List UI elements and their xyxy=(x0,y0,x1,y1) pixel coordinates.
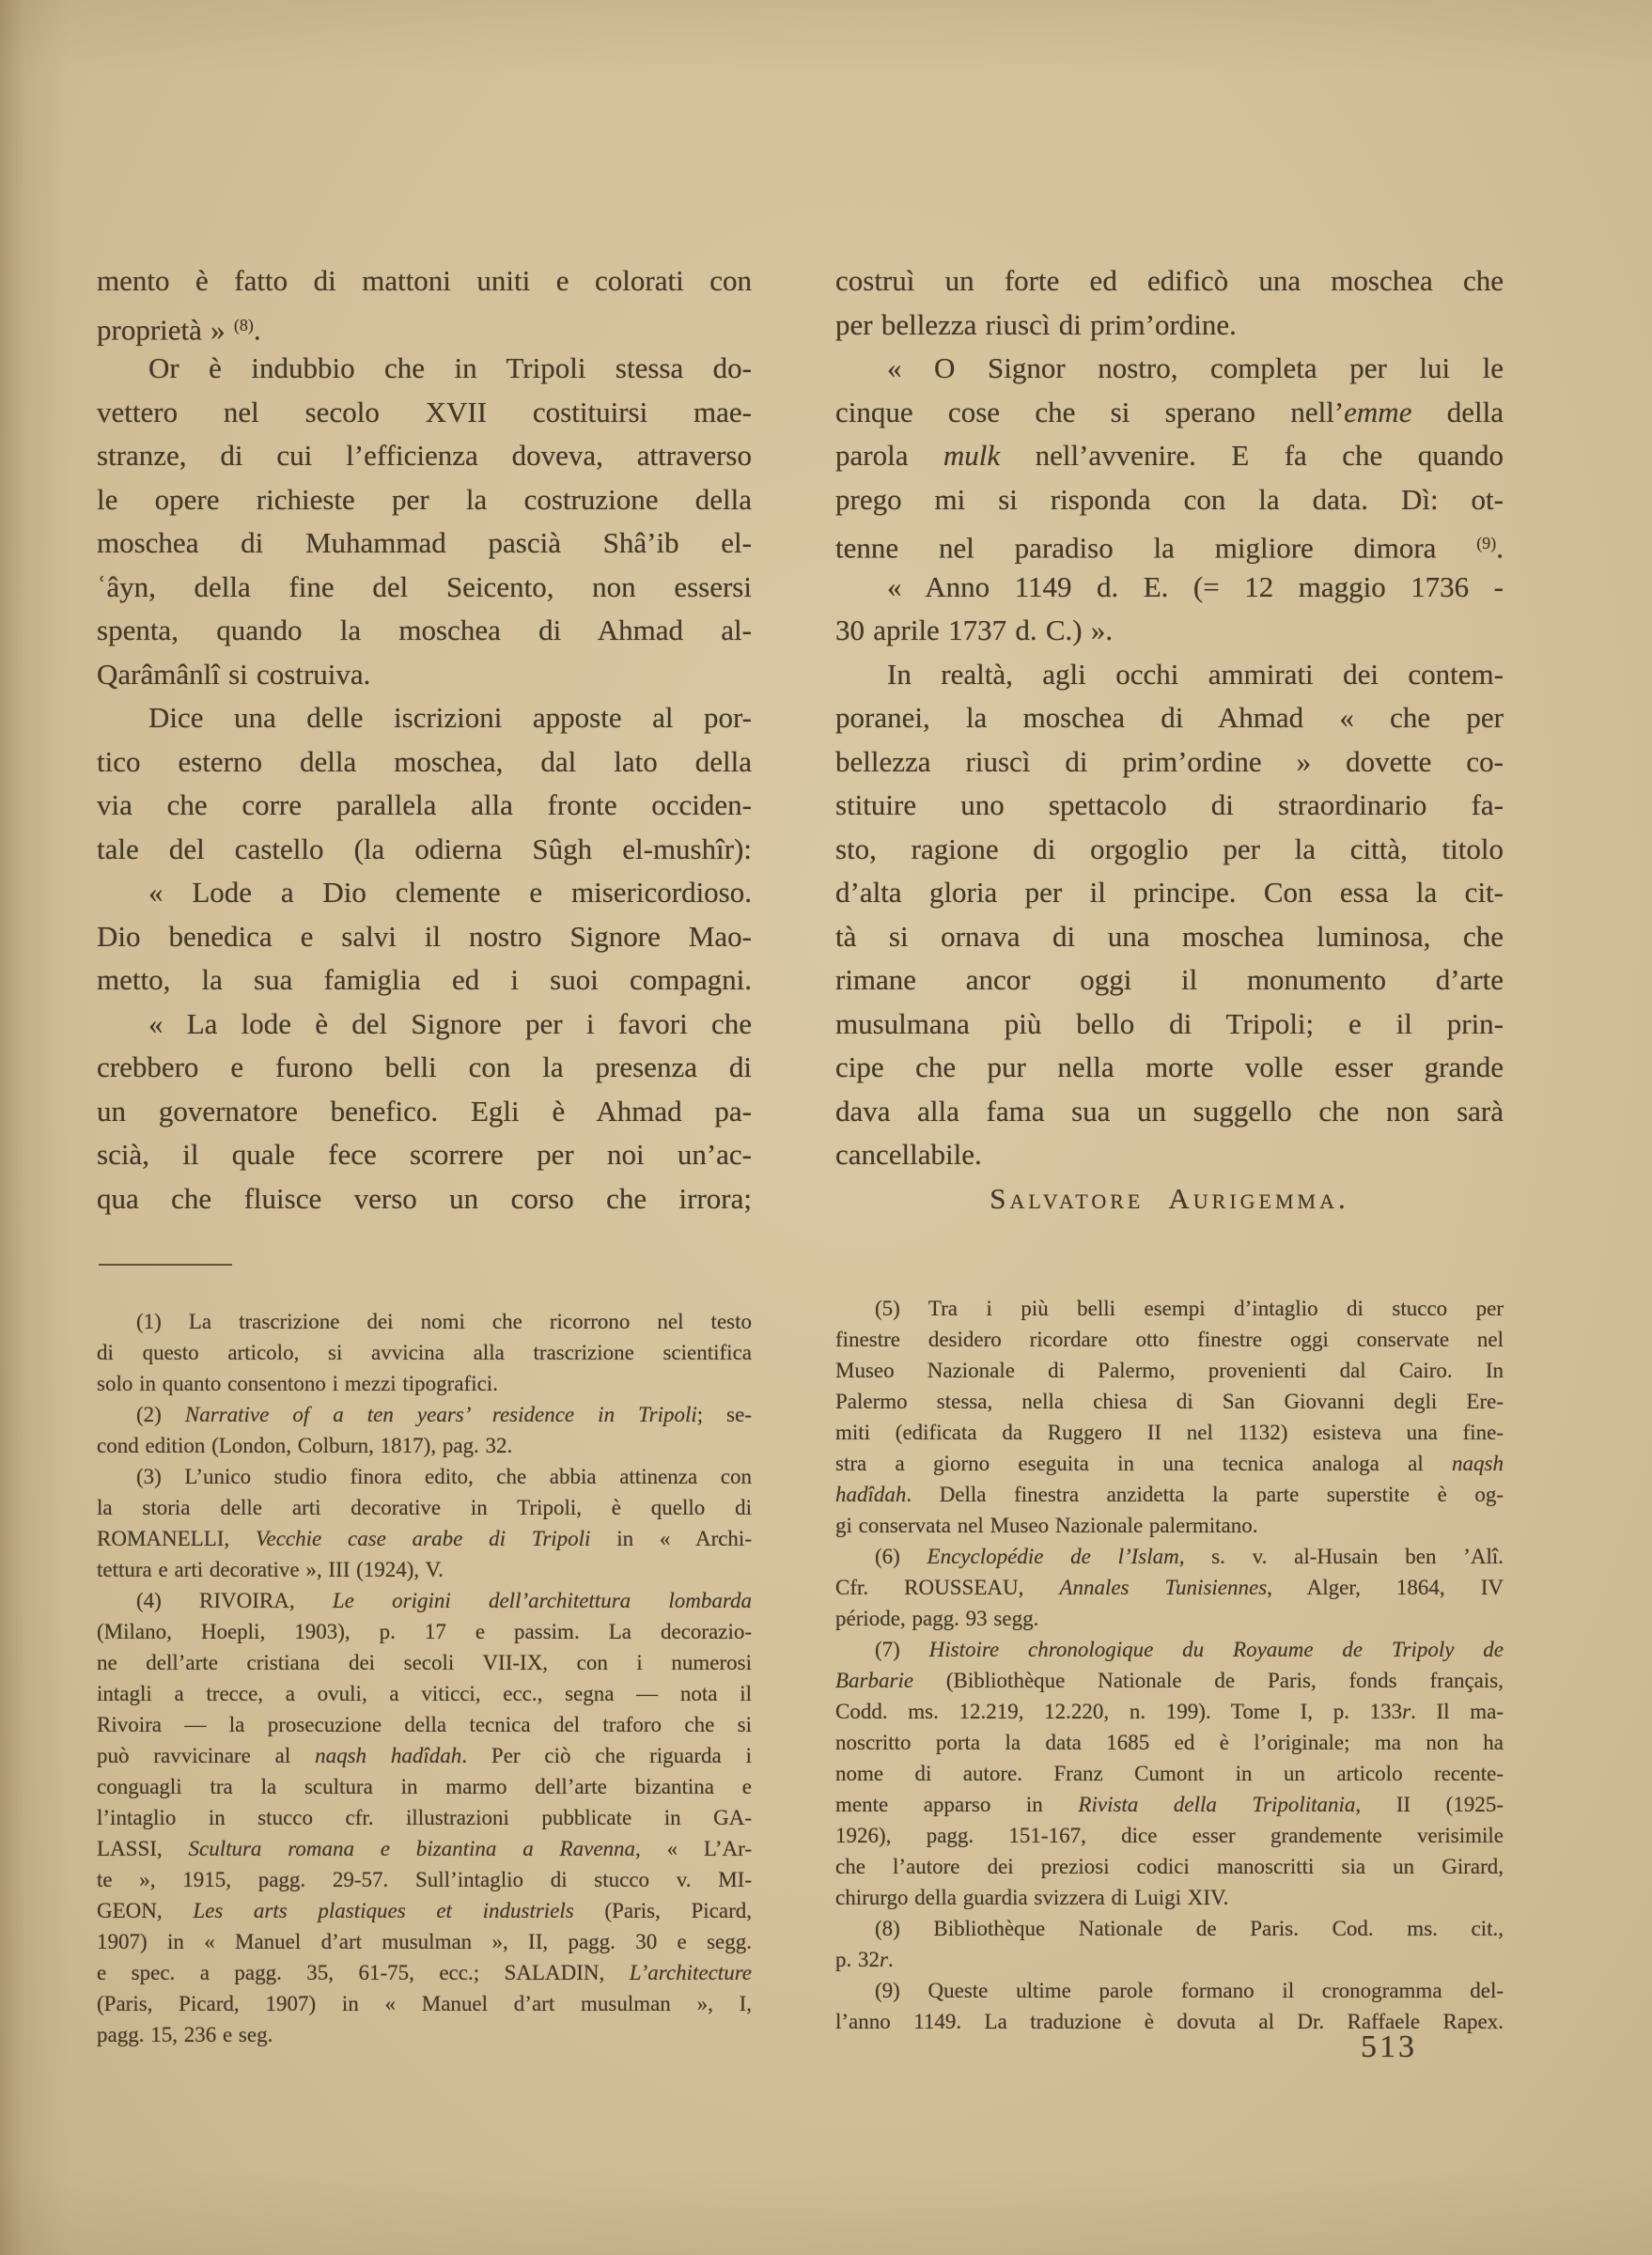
text-line: gi conservata nel Museo Nazionale palerm… xyxy=(835,1510,1504,1541)
text-segment: Salvatore Aurigemma. xyxy=(990,1182,1349,1215)
text-line: Rivoira — la prosecuzione della tecnica … xyxy=(97,1709,752,1740)
text-line: noscritto porta la data 1685 ed è l’orig… xyxy=(835,1727,1504,1758)
text-segment: (Paris, Picard, 1907) in « Manuel d’art … xyxy=(97,1992,752,2015)
text-line: « Lode a Dio clemente e misericordioso. xyxy=(97,871,752,915)
text-line: conguagli tra la scultura in marmo dell’… xyxy=(97,1771,752,1802)
text-line: (2) Narrative of a ten years’ residence … xyxy=(97,1399,752,1430)
text-segment: stituire uno spettacolo di straordinario… xyxy=(835,788,1504,821)
text-line: (7) Histoire chronologique du Royaume de… xyxy=(835,1634,1504,1665)
text-line: le opere richieste per la costruzione de… xyxy=(97,478,752,522)
text-segment: stra a giorno eseguita in una tecnica an… xyxy=(835,1452,1452,1475)
text-segment: (9) Queste ultime parole formano il cron… xyxy=(875,1979,1504,2002)
text-segment: in « Archi- xyxy=(590,1527,752,1550)
text-segment: Palermo stessa, nella chiesa di San Giov… xyxy=(835,1390,1504,1413)
text-segment: Narrative of a ten years’ residence in T… xyxy=(185,1403,697,1426)
text-segment: Encyclopédie de l’Islam xyxy=(927,1545,1179,1568)
text-segment: Vecchie case arabe di Tripoli xyxy=(256,1527,590,1550)
text-line: « La lode è del Signore per i favori che xyxy=(97,1003,752,1047)
text-segment: nell’avvenire. E fa che quando xyxy=(1000,439,1504,472)
text-segment: (5) Tra i più belli esempi d’intaglio di… xyxy=(875,1297,1504,1320)
text-segment: dava alla fama sua un suggello che non s… xyxy=(835,1095,1504,1127)
text-segment: (8) Bibliothèque Nationale de Paris. Cod… xyxy=(875,1917,1504,1940)
text-segment: costruì un forte ed edificò una moschea … xyxy=(835,264,1504,297)
text-segment: conguagli tra la scultura in marmo dell’… xyxy=(97,1775,752,1798)
text-line: période, pagg. 93 segg. xyxy=(835,1603,1504,1634)
text-segment: nome di autore. Franz Cumont in un artic… xyxy=(835,1762,1504,1785)
text-line: di questo articolo, si avvicina alla tra… xyxy=(97,1337,752,1368)
text-segment: parola xyxy=(835,439,943,472)
text-segment: proprietà » xyxy=(97,313,234,346)
text-segment: noscritto porta la data 1685 ed è l’orig… xyxy=(835,1731,1504,1754)
text-segment: chirurgo della guardia svizzera di Luigi… xyxy=(835,1886,1228,1909)
text-segment: rimane ancor oggi il monumento d’arte xyxy=(835,963,1504,996)
text-line: tenne nel paradiso la migliore dimora (9… xyxy=(835,521,1504,566)
text-line: miti (edificata da Ruggero II nel 1132) … xyxy=(835,1417,1504,1448)
text-line: LASSI, Scultura romana e bizantina a Rav… xyxy=(97,1833,752,1864)
text-line: (8) Bibliothèque Nationale de Paris. Cod… xyxy=(835,1913,1504,1944)
text-segment: scià, il quale fece scorrere per noi un’… xyxy=(97,1138,752,1171)
text-segment: e spec. a pagg. 35, 61-75, ecc.; SALADIN… xyxy=(97,1961,630,1984)
text-segment: mente apparso in xyxy=(835,1793,1078,1816)
text-line: (4) RIVOIRA, Le origini dell’architettur… xyxy=(97,1585,752,1616)
text-line: cancellabile. xyxy=(835,1133,1504,1177)
text-segment: LASSI, xyxy=(97,1837,188,1860)
text-line: Codd. ms. 12.219, 12.220, n. 199). Tome … xyxy=(835,1696,1504,1727)
text-segment: moschea di Muhammad pascià Shâ’ib el- xyxy=(97,526,752,559)
text-segment: naqsh hadîdah xyxy=(315,1744,461,1767)
text-segment: può ravvicinare al xyxy=(97,1744,315,1767)
text-segment: le opere richieste per la costruzione de… xyxy=(97,483,752,516)
text-segment: tettura e arti decorative », III (1924),… xyxy=(97,1558,444,1581)
text-segment: , « L’Ar- xyxy=(635,1837,752,1860)
text-line: tà si ornava di una moschea luminosa, ch… xyxy=(835,915,1504,959)
text-segment: sto, ragione di orgoglio per la città, t… xyxy=(835,832,1504,865)
text-line: Qarâmânlî si costruiva. xyxy=(97,653,752,697)
text-segment: (2) xyxy=(136,1403,185,1426)
text-segment: r xyxy=(1402,1700,1410,1723)
text-line: (Paris, Picard, 1907) in « Manuel d’art … xyxy=(97,1988,752,2019)
main-text-left-column: mento è fatto di mattoni uniti e colorat… xyxy=(97,259,752,1221)
text-segment: . xyxy=(1496,531,1504,564)
text-segment: Cfr. ROUSSEAU, xyxy=(835,1576,1059,1599)
text-line: Barbarie (Bibliothèque Nationale de Pari… xyxy=(835,1665,1504,1696)
text-segment: GEON, xyxy=(97,1899,193,1922)
text-line: Or è indubbio che in Tripoli stessa do- xyxy=(97,347,752,391)
text-segment: poranei, la moschea di Ahmad « che per xyxy=(835,701,1504,734)
text-line: tico esterno della moschea, dal lato del… xyxy=(97,740,752,785)
text-segment: un governatore benefico. Egli è Ahmad pa… xyxy=(97,1095,752,1127)
text-segment: tenne nel paradiso la migliore dimora xyxy=(835,531,1476,564)
text-segment: stranze, di cui l’efficienza doveva, att… xyxy=(97,439,752,472)
text-segment: emme xyxy=(1344,396,1411,428)
text-line: bellezza riuscì di prim’ordine » dovette… xyxy=(835,740,1504,785)
text-segment: qua che fluisce verso un corso che irror… xyxy=(97,1182,752,1215)
text-line: (6) Encyclopédie de l’Islam, s. v. al-Hu… xyxy=(835,1541,1504,1572)
text-line: te », 1915, pagg. 29-57. Sull’intaglio d… xyxy=(97,1864,752,1895)
text-line: mento è fatto di mattoni uniti e colorat… xyxy=(97,259,752,303)
text-segment: della xyxy=(1411,396,1504,428)
text-line: finestre desidero ricordare otto finestr… xyxy=(835,1324,1504,1355)
text-segment: (6) xyxy=(875,1545,927,1568)
text-line: (5) Tra i più belli esempi d’intaglio di… xyxy=(835,1293,1504,1324)
text-segment: te », 1915, pagg. 29-57. Sull’intaglio d… xyxy=(97,1868,752,1891)
text-line: GEON, Les arts plastiques et industriels… xyxy=(97,1895,752,1926)
text-line: per bellezza riuscì di prim’ordine. xyxy=(835,303,1504,348)
text-segment: cancellabile. xyxy=(835,1138,982,1171)
text-segment: tà si ornava di una moschea luminosa, ch… xyxy=(835,920,1504,953)
text-segment: Museo Nazionale di Palermo, provenienti … xyxy=(835,1359,1504,1382)
text-line: musulmana più bello di Tripoli; e il pri… xyxy=(835,1003,1504,1047)
text-segment: . Per ciò che riguarda i xyxy=(461,1744,752,1767)
text-line: 1907) in « Manuel d’art musulman », II, … xyxy=(97,1926,752,1957)
text-segment: finestre desidero ricordare otto finestr… xyxy=(835,1328,1504,1351)
text-line: Cfr. ROUSSEAU, Annales Tunisiennes, Alge… xyxy=(835,1572,1504,1603)
text-segment: Le origini dell’architettura lombarda xyxy=(333,1589,752,1612)
text-segment: . Il ma- xyxy=(1410,1700,1504,1723)
text-line: cipe che pur nella morte volle esser gra… xyxy=(835,1046,1504,1090)
text-line: 1926), pagg. 151-167, dice esser grandem… xyxy=(835,1820,1504,1851)
text-line: crebbero e furono belli con la presenza … xyxy=(97,1046,752,1090)
text-segment: spenta, quando la moschea di Ahmad al- xyxy=(97,614,752,646)
text-segment: Histoire chronologique du Royaume de Tri… xyxy=(929,1638,1504,1661)
text-segment: crebbero e furono belli con la presenza … xyxy=(97,1050,752,1083)
text-line: moschea di Muhammad pascià Shâ’ib el- xyxy=(97,521,752,566)
text-line: hadîdah. Della finestra anzidetta la par… xyxy=(835,1479,1504,1510)
text-segment: . xyxy=(888,1948,894,1971)
text-line: cinque cose che si sperano nell’emme del… xyxy=(835,391,1504,435)
text-line: costruì un forte ed edificò una moschea … xyxy=(835,259,1504,303)
text-line: poranei, la moschea di Ahmad « che per xyxy=(835,696,1504,740)
text-line: può ravvicinare al naqsh hadîdah. Per ci… xyxy=(97,1740,752,1771)
text-segment: . xyxy=(254,313,261,346)
text-line: spenta, quando la moschea di Ahmad al- xyxy=(97,609,752,653)
text-line: Salvatore Aurigemma. xyxy=(835,1177,1504,1221)
text-line: cond edition (London, Colburn, 1817), pa… xyxy=(97,1430,752,1461)
text-segment: ; se- xyxy=(697,1403,752,1426)
text-segment: Barbarie xyxy=(835,1669,913,1692)
text-line: stituire uno spettacolo di straordinario… xyxy=(835,784,1504,828)
text-segment: « La lode è del Signore per i favori che xyxy=(148,1007,752,1040)
text-segment: cipe che pur nella morte volle esser gra… xyxy=(835,1050,1504,1083)
text-line: « O Signor nostro, completa per lui le xyxy=(835,347,1504,391)
text-segment: période, pagg. 93 segg. xyxy=(835,1607,1038,1630)
text-segment: L’architecture xyxy=(630,1961,752,1984)
text-line: e spec. a pagg. 35, 61-75, ecc.; SALADIN… xyxy=(97,1957,752,1988)
text-line: (3) L’unico studio finora edito, che abb… xyxy=(97,1461,752,1492)
text-segment: p. 32 xyxy=(835,1948,880,1971)
text-segment: vettero nel secolo XVII costituirsi mae- xyxy=(97,396,752,428)
footnote-divider-rule xyxy=(99,1264,232,1266)
text-line: un governatore benefico. Egli è Ahmad pa… xyxy=(97,1090,752,1134)
text-line: mente apparso in Rivista della Tripolita… xyxy=(835,1789,1504,1820)
text-segment: ne dell’arte cristiana dei secoli VII-IX… xyxy=(97,1651,752,1674)
text-segment: mulk xyxy=(943,439,1000,472)
text-segment: cinque cose che si sperano nell’ xyxy=(835,396,1344,428)
text-line: « Anno 1149 d. E. (= 12 maggio 1736 - xyxy=(835,566,1504,610)
text-segment: prego mi si risponda con la data. Dì: ot… xyxy=(835,483,1504,516)
text-segment: (1) La trascrizione dei nomi che ricorro… xyxy=(136,1310,752,1333)
text-segment: (3) L’unico studio finora edito, che abb… xyxy=(136,1465,752,1488)
footnote-reference: (8) xyxy=(234,316,254,334)
text-segment: ʿâyn, della fine del Seicento, non esser… xyxy=(97,570,752,603)
text-segment: 30 aprile 1737 d. C.) ». xyxy=(835,614,1113,646)
scanned-book-page: { "page": { "number": "513" }, "colors":… xyxy=(0,0,1652,2255)
text-segment: (4) RIVOIRA, xyxy=(136,1589,333,1612)
text-line: d’alta gloria per il principe. Con essa … xyxy=(835,871,1504,915)
text-line: nome di autore. Franz Cumont in un artic… xyxy=(835,1758,1504,1789)
text-segment: pagg. 15, 236 e seg. xyxy=(97,2023,273,2046)
text-line: prego mi si risponda con la data. Dì: ot… xyxy=(835,478,1504,522)
text-line: vettero nel secolo XVII costituirsi mae- xyxy=(97,391,752,435)
text-segment: solo in quanto consentono i mezzi tipogr… xyxy=(97,1372,498,1395)
text-segment: « O Signor nostro, completa per lui le xyxy=(887,351,1504,384)
text-segment: Codd. ms. 12.219, 12.220, n. 199). Tome … xyxy=(835,1700,1402,1723)
text-segment: Or è indubbio che in Tripoli stessa do- xyxy=(148,351,752,384)
text-line: dava alla fama sua un suggello che non s… xyxy=(835,1090,1504,1134)
text-line: Dice una delle iscrizioni apposte al por… xyxy=(97,696,752,740)
text-line: (9) Queste ultime parole formano il cron… xyxy=(835,1975,1504,2006)
text-line: Palermo stessa, nella chiesa di San Giov… xyxy=(835,1386,1504,1417)
text-segment: intagli a trecce, a ovuli, a viticci, ec… xyxy=(97,1682,752,1705)
text-line: ROMANELLI, Vecchie case arabe di Tripoli… xyxy=(97,1523,752,1554)
text-line: 30 aprile 1737 d. C.) ». xyxy=(835,609,1504,653)
text-segment: « Lode a Dio clemente e misericordioso. xyxy=(148,876,752,909)
text-line: rimane ancor oggi il monumento d’arte xyxy=(835,958,1504,1003)
text-segment: « Anno 1149 d. E. (= 12 maggio 1736 - xyxy=(887,570,1504,603)
text-segment: Dio benedica e salvi il nostro Signore M… xyxy=(97,920,752,953)
text-line: Dio benedica e salvi il nostro Signore M… xyxy=(97,915,752,959)
text-line: metto, la sua famiglia ed i suoi compagn… xyxy=(97,958,752,1003)
text-segment: 1907) in « Manuel d’art musulman », II, … xyxy=(97,1930,752,1953)
text-line: proprietà » (8). xyxy=(97,303,752,348)
text-segment: (Milano, Hoepli, 1903), p. 17 e passim. … xyxy=(97,1620,752,1643)
text-segment: metto, la sua famiglia ed i suoi compagn… xyxy=(97,963,752,996)
text-segment: . Della finestra anzidetta la parte supe… xyxy=(906,1483,1504,1506)
text-segment: Rivista della Tripolitania xyxy=(1078,1793,1355,1816)
text-segment: bellezza riuscì di prim’ordine » dovette… xyxy=(835,745,1504,778)
footnotes-right-column: (5) Tra i più belli esempi d’intaglio di… xyxy=(835,1293,1504,2037)
text-line: In realtà, agli occhi ammirati dei conte… xyxy=(835,653,1504,697)
text-segment: r xyxy=(880,1948,888,1971)
text-segment: 1926), pagg. 151-167, dice esser grandem… xyxy=(835,1824,1504,1847)
text-segment: per bellezza riuscì di prim’ordine. xyxy=(835,308,1237,341)
text-line: ʿâyn, della fine del Seicento, non esser… xyxy=(97,566,752,610)
text-segment: musulmana più bello di Tripoli; e il pri… xyxy=(835,1007,1504,1040)
text-segment: di questo articolo, si avvicina alla tra… xyxy=(97,1341,752,1364)
text-segment: Les arts plastiques et industriels xyxy=(193,1899,573,1922)
text-segment: Qarâmânlî si costruiva. xyxy=(97,658,370,691)
text-line: chirurgo della guardia svizzera di Luigi… xyxy=(835,1882,1504,1913)
text-line: (Milano, Hoepli, 1903), p. 17 e passim. … xyxy=(97,1616,752,1647)
text-segment: (Bibliothèque Nationale de Paris, fonds … xyxy=(913,1669,1504,1692)
text-segment: , s. v. al-Husain ben ’Alî. xyxy=(1179,1545,1504,1568)
page-number: 513 xyxy=(1361,2029,1417,2065)
text-segment: che l’autore dei preziosi codici manoscr… xyxy=(835,1855,1504,1878)
text-line: che l’autore dei preziosi codici manoscr… xyxy=(835,1851,1504,1882)
text-segment: In realtà, agli occhi ammirati dei conte… xyxy=(887,658,1504,691)
text-segment: Rivoira — la prosecuzione della tecnica … xyxy=(97,1713,752,1736)
text-segment: via che corre parallela alla fronte occi… xyxy=(97,788,752,821)
text-line: scià, il quale fece scorrere per noi un’… xyxy=(97,1133,752,1177)
text-segment: (Paris, Picard, xyxy=(574,1899,752,1922)
text-line: tale del castello (la odierna Sûgh el-mu… xyxy=(97,828,752,872)
text-line: la storia delle arti decorative in Tripo… xyxy=(97,1492,752,1523)
text-segment: Dice una delle iscrizioni apposte al por… xyxy=(148,701,752,734)
text-segment: naqsh xyxy=(1452,1452,1504,1475)
text-line: sto, ragione di orgoglio per la città, t… xyxy=(835,828,1504,872)
text-line: intagli a trecce, a ovuli, a viticci, ec… xyxy=(97,1678,752,1709)
text-line: p. 32r. xyxy=(835,1944,1504,1975)
text-segment: hadîdah xyxy=(835,1483,906,1506)
text-line: stranze, di cui l’efficienza doveva, att… xyxy=(97,434,752,478)
text-line: pagg. 15, 236 e seg. xyxy=(97,2019,752,2050)
text-line: l’intaglio in stucco cfr. illustrazioni … xyxy=(97,1802,752,1833)
text-line: ne dell’arte cristiana dei secoli VII-IX… xyxy=(97,1647,752,1678)
text-line: solo in quanto consentono i mezzi tipogr… xyxy=(97,1368,752,1399)
footnotes-left-column: (1) La trascrizione dei nomi che ricorro… xyxy=(97,1306,752,2050)
text-line: (1) La trascrizione dei nomi che ricorro… xyxy=(97,1306,752,1337)
text-segment: la storia delle arti decorative in Tripo… xyxy=(97,1496,752,1519)
main-text-right-column: costruì un forte ed edificò una moschea … xyxy=(835,259,1504,1221)
text-segment: cond edition (London, Colburn, 1817), pa… xyxy=(97,1434,512,1457)
text-line: stra a giorno eseguita in una tecnica an… xyxy=(835,1448,1504,1479)
text-line: qua che fluisce verso un corso che irror… xyxy=(97,1177,752,1221)
text-segment: mento è fatto di mattoni uniti e colorat… xyxy=(97,264,752,297)
text-segment: l’intaglio in stucco cfr. illustrazioni … xyxy=(97,1806,752,1829)
text-segment: (7) xyxy=(875,1638,929,1661)
text-segment: , Alger, 1864, IV xyxy=(1267,1576,1504,1599)
text-segment: tico esterno della moschea, dal lato del… xyxy=(97,745,752,778)
text-segment: tale del castello (la odierna Sûgh el-mu… xyxy=(97,832,752,865)
text-line: via che corre parallela alla fronte occi… xyxy=(97,784,752,828)
text-segment: d’alta gloria per il principe. Con essa … xyxy=(835,876,1504,909)
text-segment: Annales Tunisiennes xyxy=(1059,1576,1267,1599)
text-segment: Scultura romana e bizantina a Ravenna xyxy=(188,1837,635,1860)
footnote-reference: (9) xyxy=(1476,534,1496,552)
text-line: parola mulk nell’avvenire. E fa che quan… xyxy=(835,434,1504,478)
text-segment: gi conservata nel Museo Nazionale palerm… xyxy=(835,1514,1258,1537)
text-line: tettura e arti decorative », III (1924),… xyxy=(97,1554,752,1585)
text-segment: ROMANELLI, xyxy=(97,1527,256,1550)
text-line: Museo Nazionale di Palermo, provenienti … xyxy=(835,1355,1504,1386)
text-segment: miti (edificata da Ruggero II nel 1132) … xyxy=(835,1421,1504,1444)
text-segment: , II (1925- xyxy=(1355,1793,1504,1816)
